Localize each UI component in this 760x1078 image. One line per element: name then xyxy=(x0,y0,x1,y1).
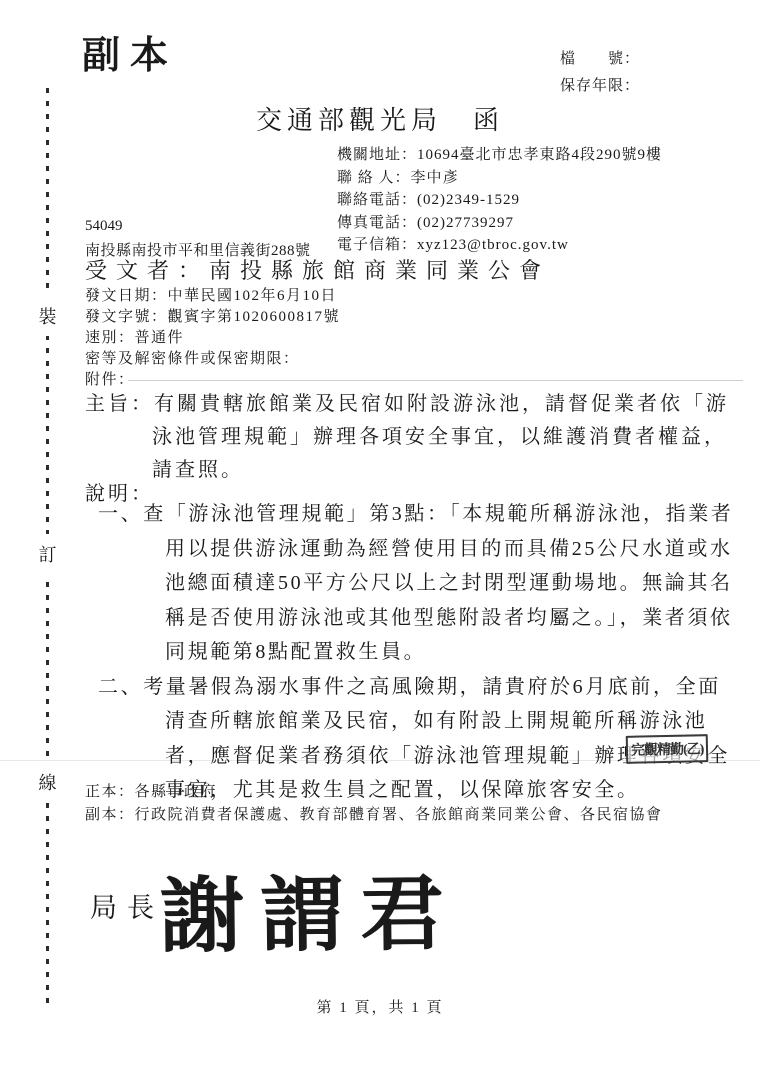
document-title: 交通部觀光局 函 xyxy=(0,100,760,137)
original-recipients-line: 正本：各縣市政府 xyxy=(85,781,663,804)
page-number-footer: 第 1 頁，共 1 頁 xyxy=(0,996,760,1017)
cc-block: 正本：各縣市政府 副本：行政院消費者保護處、教育部體育署、各旅館商業同業公會、各… xyxy=(85,781,663,827)
copy-stamp-label: 副本 xyxy=(82,24,178,79)
agency-info-block: 機關地址：10694臺北市忠孝東路4段290號9樓 聯 絡 人：李中彥 聯絡電話… xyxy=(337,144,662,257)
security-class-line: 密等及解密條件或保密期限： xyxy=(85,349,340,370)
signer-name-calligraphy: 謝謂君 xyxy=(159,848,460,970)
agency-address-line: 機關地址：10694臺北市忠孝東路4段290號9樓 xyxy=(337,144,662,167)
doc-number-line: 發文字號：觀賓字第1020600817號 xyxy=(85,307,340,328)
contact-phone-line: 聯絡電話：(02)2349-1529 xyxy=(337,189,662,212)
retention-period-label: 保存年限： xyxy=(560,73,640,100)
issue-date-line: 發文日期：中華民國102年6月10日 xyxy=(85,286,340,307)
binding-mark-zhuang: 裝 xyxy=(37,296,58,336)
attachment-underline xyxy=(128,380,743,381)
classification-stamp: 完觀精勤(乙) xyxy=(626,734,709,764)
speed-class-line: 速別：普通件 xyxy=(85,328,340,349)
description-item-1: 一、查「游泳池管理規範」第3點：「本規範所稱游泳池，指業者用以提供游泳運動為經營… xyxy=(98,497,740,670)
recipient-postal-code: 54049 xyxy=(85,218,123,235)
binding-mark-xian: 線 xyxy=(37,762,58,802)
copy-recipients-line: 副本：行政院消費者保護處、教育部體育署、各旅館商業同業公會、各民宿協會 xyxy=(85,804,663,827)
binding-mark-ding: 訂 xyxy=(37,534,58,574)
document-meta-block: 發文日期：中華民國102年6月10日 發文字號：觀賓字第1020600817號 … xyxy=(85,286,340,391)
file-info-block: 檔 號： 保存年限： xyxy=(560,46,640,100)
signer-title: 局長 xyxy=(90,886,164,925)
fax-number-line: 傳真電話：(02)27739297 xyxy=(337,212,662,235)
file-number-label: 檔 號： xyxy=(560,46,640,73)
recipient-line: 受文者：南投縣旅館商業同業公會 xyxy=(85,254,550,285)
subject-paragraph: 主旨：有關貴轄旅館業及民宿如附設游泳池，請督促業者依「游泳池管理規範」辦理各項安… xyxy=(85,388,733,487)
contact-person-line: 聯 絡 人：李中彥 xyxy=(337,167,662,190)
